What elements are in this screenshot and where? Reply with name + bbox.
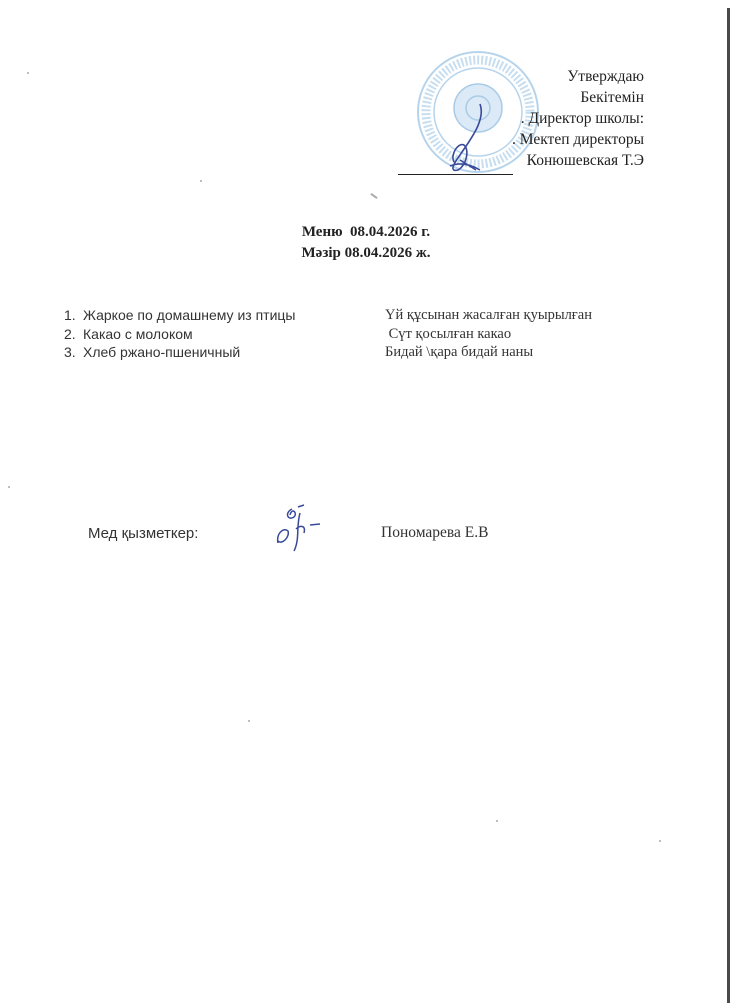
page-border-right bbox=[727, 8, 730, 1003]
list-item: Бидай \қара бидай наны bbox=[385, 343, 592, 362]
list-item: Сүт қосылған какао bbox=[385, 325, 592, 344]
scan-speck bbox=[8, 486, 10, 488]
medical-worker-name: Пономарева Е.В bbox=[381, 524, 488, 542]
approval-line: Бекітемін bbox=[512, 87, 644, 108]
scan-speck bbox=[248, 720, 250, 722]
document-title: Меню 08.04.2026 г. Мәзір 08.04.2026 ж. bbox=[0, 222, 732, 264]
approval-line: . Директор школы: bbox=[512, 108, 644, 129]
title-ru: Меню 08.04.2026 г. bbox=[0, 222, 732, 243]
approval-block: Утверждаю Бекітемін . Директор школы: . … bbox=[512, 66, 644, 171]
scan-speck bbox=[496, 820, 498, 822]
director-name: Конюшевская Т.Э bbox=[512, 150, 644, 171]
list-item: 3.Хлеб ржано-пшеничный bbox=[64, 343, 295, 362]
title-kz: Мәзір 08.04.2026 ж. bbox=[0, 243, 732, 264]
list-item: 2.Какао с молоком bbox=[64, 325, 295, 344]
scan-speck bbox=[370, 193, 378, 199]
medical-signature-icon bbox=[270, 503, 330, 553]
menu-list-ru: 1.Жаркое по домашнему из птицы 2.Какао с… bbox=[64, 306, 295, 362]
scan-speck bbox=[27, 72, 29, 74]
menu-list-kz: Үй құсынан жасалған қуырылған Сүт қосылғ… bbox=[385, 306, 592, 362]
scan-speck bbox=[200, 180, 202, 182]
medical-worker-label: Мед қызметкер: bbox=[88, 525, 198, 542]
approval-line: Утверждаю bbox=[512, 66, 644, 87]
director-signature-icon bbox=[430, 100, 510, 178]
approval-line: . Мектеп директоры bbox=[512, 129, 644, 150]
scan-speck bbox=[659, 840, 661, 842]
signature-line bbox=[398, 174, 513, 175]
list-item: 1.Жаркое по домашнему из птицы bbox=[64, 306, 295, 325]
list-item: Үй құсынан жасалған қуырылған bbox=[385, 306, 592, 325]
